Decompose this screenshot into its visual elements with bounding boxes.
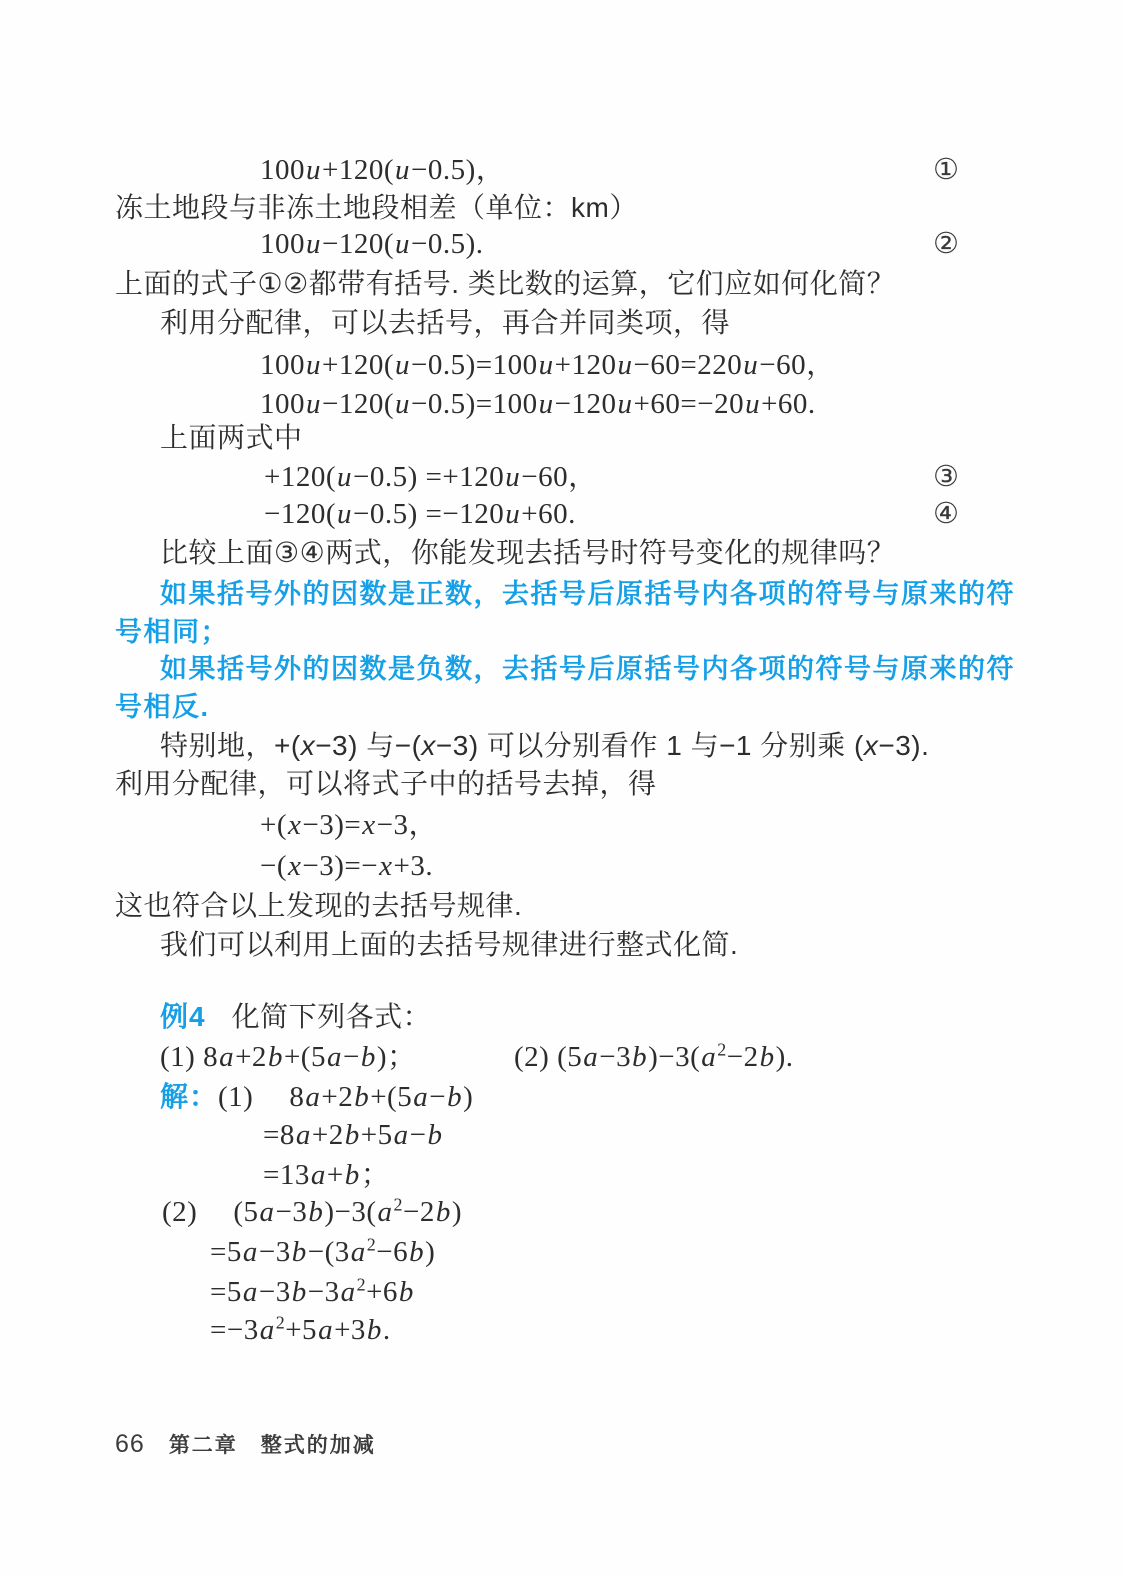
solution-part2-start: (2)(5a−3b)−3(a2−2b) xyxy=(162,1192,462,1232)
equation-4-tag: ④ xyxy=(933,494,959,534)
equation-expansion-1: 100u+120(u−0.5)=100u+120u−60=220u−60， xyxy=(260,345,836,385)
equation-2: 100u−120(u−0.5). xyxy=(260,224,484,264)
rule-negative-line2: 号相反. xyxy=(115,687,210,727)
solution-part2-number: (2) xyxy=(162,1196,197,1228)
rule-positive-line2: 号相同； xyxy=(115,612,229,652)
solution-part1-start: 解：(1)8a+2b+(5a−b) xyxy=(160,1077,473,1117)
example-4-item-2: (2) (5a−3b)−3(a2−2b). xyxy=(514,1037,794,1077)
equation-minus-x: −(x−3)=−x+3. xyxy=(260,846,433,886)
solution-part1-number: (1) xyxy=(218,1081,253,1113)
solution-part2-step1: =5a−3b−(3a2−6b) xyxy=(210,1232,435,1272)
solution-label: 解： xyxy=(160,1081,218,1112)
paragraph-special-case: 特别地，+(x−3) 与−(x−3) 可以分别看作 1 与−1 分别乘 (x−3… xyxy=(160,726,929,766)
equation-expansion-2: 100u−120(u−0.5)=100u−120u+60=−20u+60. xyxy=(260,384,816,424)
example-4-header: 例4化简下列各式： xyxy=(160,997,431,1037)
paragraph-conform: 这也符合以上发现的去括号规律. xyxy=(115,886,522,926)
rule-positive-line1: 如果括号外的因数是正数，去括号后原括号内各项的符号与原来的符 xyxy=(160,574,1015,614)
rule-negative-line1: 如果括号外的因数是负数，去括号后原括号内各项的符号与原来的符 xyxy=(160,649,1015,689)
solution-part2-step2: =5a−3b−3a2+6b xyxy=(210,1272,415,1312)
page-number: 66 xyxy=(115,1430,145,1458)
equation-1-tag: ① xyxy=(933,150,959,190)
paragraph-distributive-2: 利用分配律，可以将式子中的括号去掉，得 xyxy=(115,764,657,804)
chapter-title: 第二章 整式的加减 xyxy=(169,1434,376,1457)
paragraph-two-forms: 上面两式中 xyxy=(160,418,303,458)
equation-2-tag: ② xyxy=(933,224,959,264)
equation-4: −120(u−0.5) =−120u+60. xyxy=(264,494,576,534)
paragraph-frozen-ground: 冻土地段与非冻土地段相差（单位：km） xyxy=(115,188,638,228)
equation-1: 100u+120(u−0.5)， xyxy=(260,150,505,190)
solution-part1-expression: 8a+2b+(5a−b) xyxy=(289,1081,473,1113)
solution-part2-step3: =−3a2+5a+3b. xyxy=(210,1310,391,1350)
equation-3-tag: ③ xyxy=(933,457,959,497)
paragraph-compare: 比较上面③④两式，你能发现去括号时符号变化的规律吗？ xyxy=(160,533,895,573)
equation-plus-x: +(x−3)=x−3， xyxy=(260,805,438,845)
example-4-label: 例4 xyxy=(160,1001,206,1032)
page-footer: 66第二章 整式的加减 xyxy=(115,1428,376,1464)
paragraph-use-rule: 我们可以利用上面的去括号规律进行整式化简. xyxy=(160,925,738,965)
textbook-page: 100u+120(u−0.5)， ① 冻土地段与非冻土地段相差（单位：km） 1… xyxy=(0,0,1125,1575)
paragraph-distributive-1: 利用分配律，可以去括号，再合并同类项，得 xyxy=(160,303,730,343)
solution-part1-step1: =8a+2b+5a−b xyxy=(263,1115,443,1155)
solution-part2-expression: (5a−3b)−3(a2−2b) xyxy=(233,1196,462,1228)
paragraph-both-brackets: 上面的式子①②都带有括号. 类比数的运算，它们应如何化简？ xyxy=(115,264,895,304)
solution-part1-step2: =13a+b； xyxy=(263,1155,390,1195)
equation-3: +120(u−0.5) =+120u−60， xyxy=(264,457,598,497)
example-4-prompt: 化简下列各式： xyxy=(232,1001,432,1032)
example-4-item-1: (1) 8a+2b+(5a−b)； xyxy=(160,1037,416,1077)
